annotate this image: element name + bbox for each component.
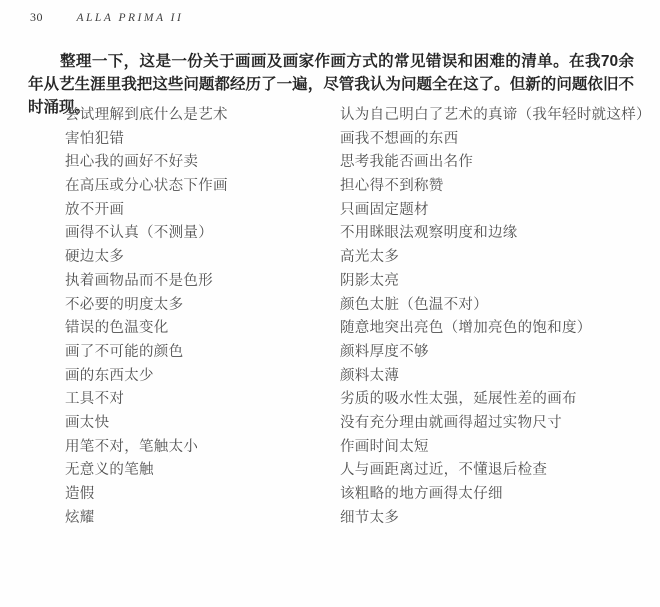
list-item: 在高压或分心状态下作画 xyxy=(65,175,340,199)
list-item: 害怕犯错 xyxy=(65,128,340,152)
list-item: 工具不对 xyxy=(65,388,340,412)
list-item: 人与画距离过近，不懂退后检查 xyxy=(340,459,651,483)
list-item: 炫耀 xyxy=(65,507,340,531)
list-item: 只画固定题材 xyxy=(340,199,651,223)
list-item: 执着画物品而不是色形 xyxy=(65,270,340,294)
list-item: 颜色太脏（色温不对） xyxy=(340,294,651,318)
list-item: 颜料厚度不够 xyxy=(340,341,651,365)
list-item: 阴影太亮 xyxy=(340,270,651,294)
list-item: 颜料太薄 xyxy=(340,365,651,389)
running-header: 30 ALLA PRIMA II xyxy=(30,10,183,25)
list-item: 担心我的画好不好卖 xyxy=(65,151,340,175)
list-item: 思考我能否画出名作 xyxy=(340,151,651,175)
list-item: 造假 xyxy=(65,483,340,507)
list-item: 硬边太多 xyxy=(65,246,340,270)
list-item: 尝试理解到底什么是艺术 xyxy=(65,104,340,128)
list-item: 不必要的明度太多 xyxy=(65,294,340,318)
page-number: 30 xyxy=(30,10,43,25)
list-item: 画的东西太少 xyxy=(65,365,340,389)
list-item: 放不开画 xyxy=(65,199,340,223)
list-item: 担心得不到称赞 xyxy=(340,175,651,199)
mistakes-list-left-column: 尝试理解到底什么是艺术害怕犯错担心我的画好不好卖在高压或分心状态下作画放不开画画… xyxy=(65,104,340,530)
list-item: 高光太多 xyxy=(340,246,651,270)
list-item: 没有充分理由就画得超过实物尺寸 xyxy=(340,412,651,436)
list-item: 画我不想画的东西 xyxy=(340,128,651,152)
list-item: 细节太多 xyxy=(340,507,651,531)
list-item: 随意地突出亮色（增加亮色的饱和度） xyxy=(340,317,651,341)
list-item: 画了不可能的颜色 xyxy=(65,341,340,365)
list-item: 认为自己明白了艺术的真谛（我年轻时就这样） xyxy=(340,104,651,128)
list-item: 不用眯眼法观察明度和边缘 xyxy=(340,222,651,246)
list-item: 劣质的吸水性太强，延展性差的画布 xyxy=(340,388,651,412)
mistakes-list: 尝试理解到底什么是艺术害怕犯错担心我的画好不好卖在高压或分心状态下作画放不开画画… xyxy=(65,104,650,530)
book-page: 30 ALLA PRIMA II 整理一下，这是一份关于画画及画家作画方式的常见… xyxy=(0,0,660,607)
list-item: 画太快 xyxy=(65,412,340,436)
list-item: 作画时间太短 xyxy=(340,436,651,460)
mistakes-list-right-column: 认为自己明白了艺术的真谛（我年轻时就这样）画我不想画的东西思考我能否画出名作担心… xyxy=(340,104,651,530)
list-item: 该粗略的地方画得太仔细 xyxy=(340,483,651,507)
running-title: ALLA PRIMA II xyxy=(77,12,184,24)
list-item: 无意义的笔触 xyxy=(65,459,340,483)
list-item: 用笔不对，笔触太小 xyxy=(65,436,340,460)
list-item: 错误的色温变化 xyxy=(65,317,340,341)
list-item: 画得不认真（不测量） xyxy=(65,222,340,246)
